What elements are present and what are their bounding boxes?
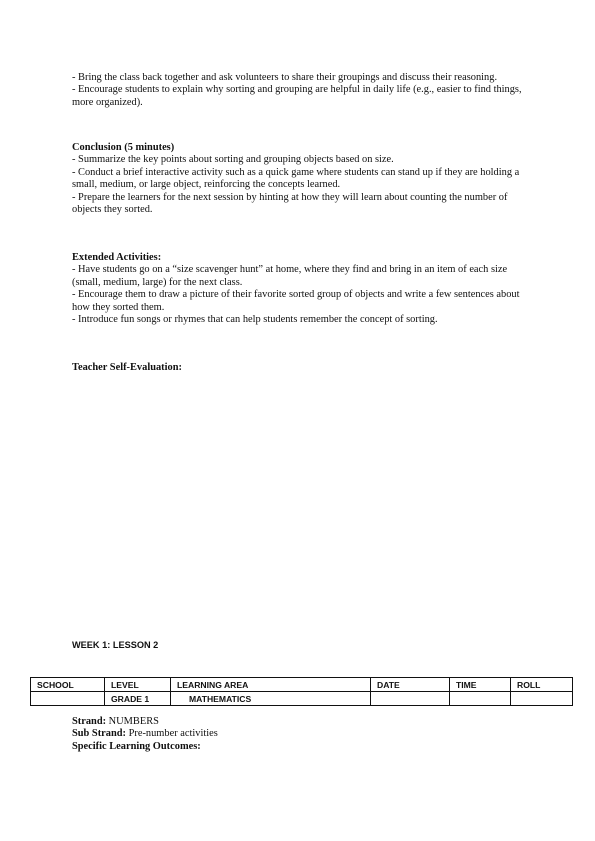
extended-line: - Encourage them to draw a picture of th… — [72, 289, 532, 314]
header-level: LEVEL — [105, 678, 171, 692]
extended-activities-section: Extended Activities: - Have students go … — [72, 252, 532, 326]
discussion-line: - Encourage students to explain why sort… — [72, 84, 532, 109]
cell-roll — [511, 692, 573, 706]
conclusion-line: - Prepare the learners for the next sess… — [72, 192, 532, 217]
sub-strand-line: Sub Strand: Pre-number activities — [72, 728, 218, 740]
header-time: TIME — [450, 678, 511, 692]
outcomes-label: Specific Learning Outcomes: — [72, 741, 218, 753]
conclusion-line: - Conduct a brief interactive activity s… — [72, 167, 532, 192]
sub-strand-label: Sub Strand: — [72, 728, 126, 739]
table-header-row: SCHOOL LEVEL LEARNING AREA DATE TIME ROL… — [31, 678, 573, 692]
lesson-info-table: SCHOOL LEVEL LEARNING AREA DATE TIME ROL… — [30, 677, 573, 706]
strand-block: Strand: NUMBERS Sub Strand: Pre-number a… — [72, 716, 218, 753]
extended-line: - Introduce fun songs or rhymes that can… — [72, 314, 532, 326]
cell-time — [450, 692, 511, 706]
self-evaluation-section: Teacher Self-Evaluation: — [72, 362, 532, 374]
cell-school — [31, 692, 105, 706]
cell-learning-area: MATHEMATICS — [171, 692, 371, 706]
extended-line: - Have students go on a “size scavenger … — [72, 264, 532, 289]
strand-line: Strand: NUMBERS — [72, 716, 218, 728]
header-learning-area: LEARNING AREA — [171, 678, 371, 692]
extended-activities-heading: Extended Activities: — [72, 252, 532, 264]
week-lesson-label: WEEK 1: LESSON 2 — [72, 640, 158, 650]
conclusion-section: Conclusion (5 minutes) - Summarize the k… — [72, 142, 532, 216]
strand-label: Strand: — [72, 716, 106, 727]
discussion-line: - Bring the class back together and ask … — [72, 72, 532, 84]
conclusion-heading: Conclusion (5 minutes) — [72, 142, 532, 154]
table-row: GRADE 1 MATHEMATICS — [31, 692, 573, 706]
cell-date — [371, 692, 450, 706]
sub-strand-value: Pre-number activities — [126, 728, 218, 739]
header-school: SCHOOL — [31, 678, 105, 692]
cell-level: GRADE 1 — [105, 692, 171, 706]
strand-value: NUMBERS — [106, 716, 159, 727]
header-date: DATE — [371, 678, 450, 692]
discussion-section: - Bring the class back together and ask … — [72, 72, 532, 109]
self-evaluation-heading: Teacher Self-Evaluation: — [72, 362, 532, 374]
header-roll: ROLL — [511, 678, 573, 692]
conclusion-line: - Summarize the key points about sorting… — [72, 154, 532, 166]
